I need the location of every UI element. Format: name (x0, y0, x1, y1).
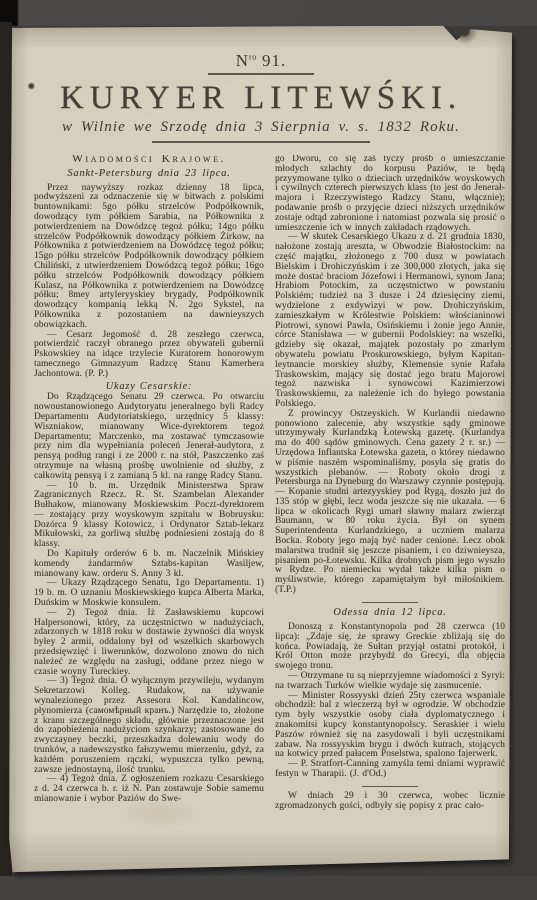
scan-bottom-band (0, 876, 537, 900)
body-paragraph: — Cesarz Jegomość d. 28 zeszłego czerwca… (34, 331, 264, 380)
masthead-rule-bottom (152, 141, 370, 143)
issue-value: 91. (262, 51, 286, 70)
body-paragraph: — 3) Tegoż dnia. O wyłącznym przywileju,… (34, 677, 264, 775)
body-paragraph: — 2) Tegoż dnia. Iż Zasławskiemu kupcowi… (34, 609, 264, 678)
issue-superscript: ro (249, 52, 257, 61)
body-paragraph: — P. Stratfort-Canning zamyśla temi dnia… (275, 760, 505, 780)
body-paragraph: — 4) Tegoż dnia. Z ogłoszeniem rozkazu C… (34, 775, 264, 804)
masthead-rule-top (208, 73, 314, 75)
article-dateline: Odessa dnia 12 lipca. (275, 608, 505, 618)
body-paragraph: go Dworu, co się zaś tyczy prośb o umies… (275, 155, 505, 233)
right-column: go Dworu, co się zaś tyczy prośb o umies… (275, 155, 505, 821)
body-paragraph: Z prowincyy Ostzeyskich. W Kurlandii nie… (275, 410, 505, 596)
body-paragraph: — 10 b. m. Urzędnik Ministerstwa Spraw Z… (34, 482, 264, 551)
sub-heading: Ukazy Cesarskie: (34, 382, 264, 392)
newspaper-page: Nro 91. KURYER LITEWŚKI. w Wilnie we Srz… (8, 25, 514, 873)
section-heading: Wiadomości Krajowe. (34, 155, 264, 165)
body-paragraph: — Minister Rossyyski dzień 25ty czerwca … (275, 692, 505, 761)
issue-prefix: N (236, 51, 249, 70)
article-columns: Wiadomości Krajowe.Sankt-Petersburg dnia… (8, 155, 514, 821)
body-paragraph: Donoszą z Konstantynopola pod 28 czerwca… (275, 623, 505, 672)
scan-top-band (0, 0, 537, 26)
separator-rule (362, 786, 418, 787)
article-dateline: Sankt-Petersburg dnia 23 lipca. (34, 169, 264, 179)
newspaper-dateline: w Wilnie we Srzodę dnia 3 Sierpnia v. s.… (8, 119, 514, 136)
body-paragraph: Do Kapituły orderów 6 b. m. Naczelnik Mi… (34, 550, 264, 579)
separator-rule (362, 602, 418, 603)
body-paragraph: Przez naywyższy rozkaz dzienny 18 lipca,… (34, 184, 264, 331)
body-paragraph: — W skutek Cesarskiego Ukazu z d. 21 gru… (275, 233, 505, 409)
newspaper-scan: Nro 91. KURYER LITEWŚKI. w Wilnie we Srz… (8, 25, 514, 873)
body-paragraph: — Otrzymane tu są nieprzyjemne wiadomośc… (275, 672, 505, 692)
newspaper-title: KURYER LITEWŚKI. (8, 80, 514, 117)
left-column: Wiadomości Krajowe.Sankt-Petersburg dnia… (34, 155, 264, 821)
body-paragraph: Do Rządzącego Senatu 29 czerwca. Po otwa… (34, 393, 264, 481)
body-paragraph: W dniach 29 i 30 czerwca, wobec licznie … (275, 792, 505, 812)
body-paragraph: — Ukazy Rządzącego Senatu, 1go Departame… (34, 579, 264, 608)
issue-number: Nro 91. (8, 51, 514, 71)
